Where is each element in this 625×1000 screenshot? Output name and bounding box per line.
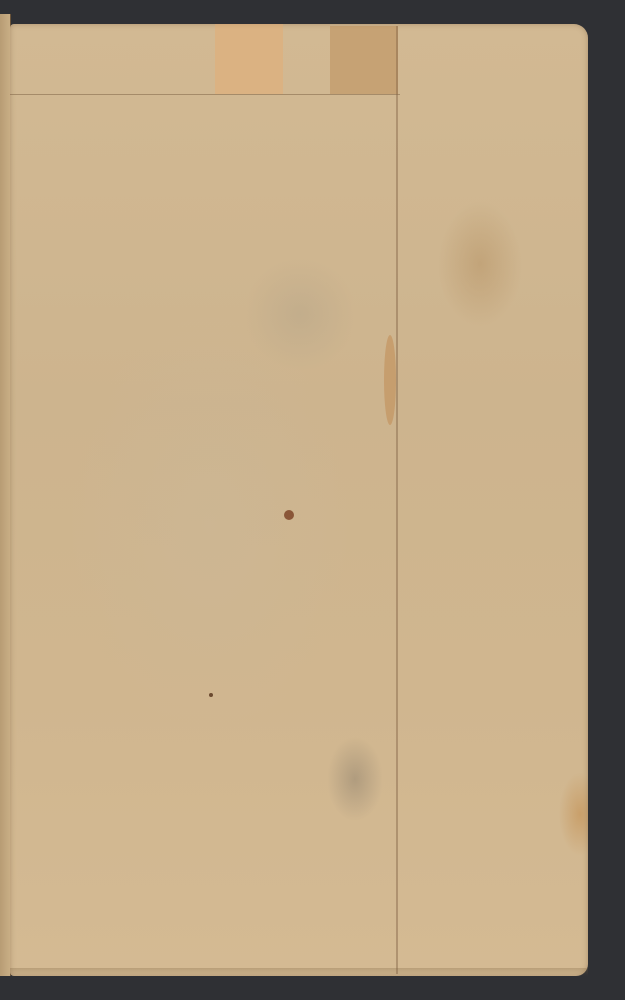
blank-paper-page xyxy=(10,24,588,976)
ink-spot xyxy=(284,510,294,520)
vertical-fold-line xyxy=(396,26,398,974)
bottom-edge-shadow xyxy=(10,968,588,976)
fold-stain xyxy=(384,335,396,425)
ink-speck xyxy=(209,693,213,697)
tape-stain-right xyxy=(330,26,398,94)
page-scan xyxy=(0,0,625,1000)
tape-stain-left xyxy=(215,24,283,94)
